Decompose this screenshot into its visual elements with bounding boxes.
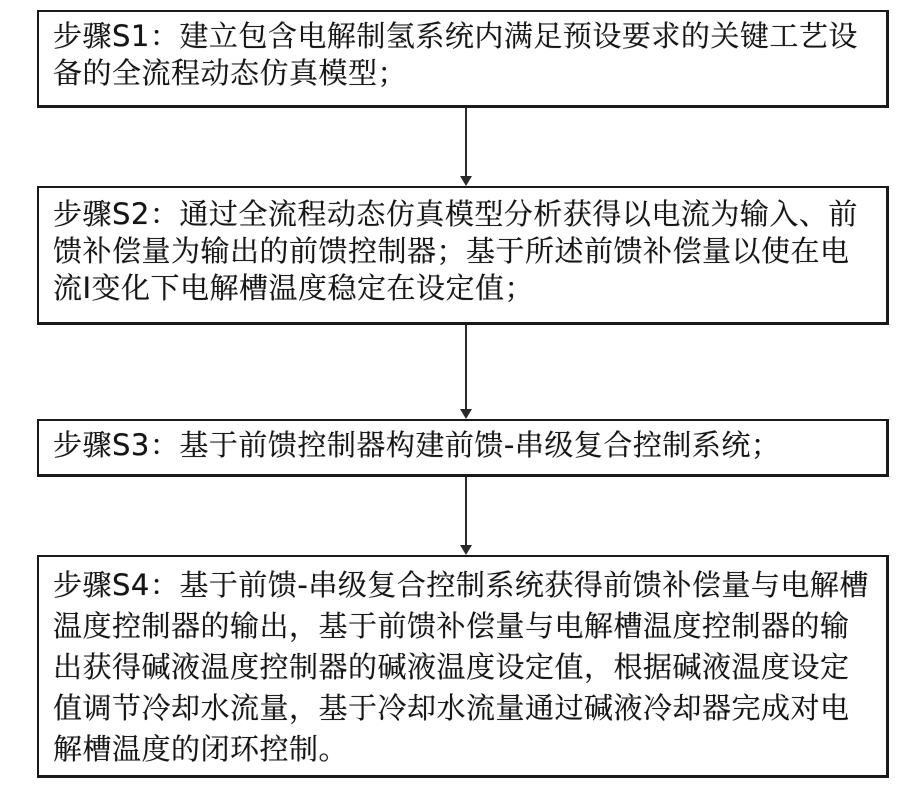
- step-s3-text: 步骤S3：基于前馈控制器构建前馈-串级复合控制系统；: [53, 428, 780, 462]
- step-s4-box: 步骤S4：基于前馈-串级复合控制系统获得前馈补偿量与电解槽温度控制器的输出，基于…: [37, 555, 889, 778]
- arrow-head: [460, 176, 472, 186]
- arrow-down-icon: [464, 108, 468, 186]
- step-s1-box: 步骤S1：建立包含电解制氢系统内满足预设要求的关键工艺设备的全流程动态仿真模型；: [37, 10, 889, 108]
- step-s2-text: 步骤S2：通过全流程动态仿真模型分析获得以电流为输入、前馈补偿量为输出的前馈控制…: [53, 197, 858, 305]
- step-s1-text: 步骤S1：建立包含电解制氢系统内满足预设要求的关键工艺设备的全流程动态仿真模型；: [53, 19, 858, 90]
- arrow-head: [460, 409, 472, 419]
- arrow-shaft: [465, 477, 467, 547]
- step-s4-text: 步骤S4：基于前馈-串级复合控制系统获得前馈补偿量与电解槽温度控制器的输出，基于…: [53, 568, 869, 766]
- arrow-shaft: [465, 108, 467, 178]
- step-s3-box: 步骤S3：基于前馈控制器构建前馈-串级复合控制系统；: [37, 419, 889, 477]
- arrow-head: [460, 545, 472, 555]
- arrow-down-icon: [464, 325, 468, 419]
- arrow-shaft: [465, 325, 467, 411]
- step-s2-box: 步骤S2：通过全流程动态仿真模型分析获得以电流为输入、前馈补偿量为输出的前馈控制…: [37, 186, 889, 325]
- arrow-down-icon: [464, 477, 468, 555]
